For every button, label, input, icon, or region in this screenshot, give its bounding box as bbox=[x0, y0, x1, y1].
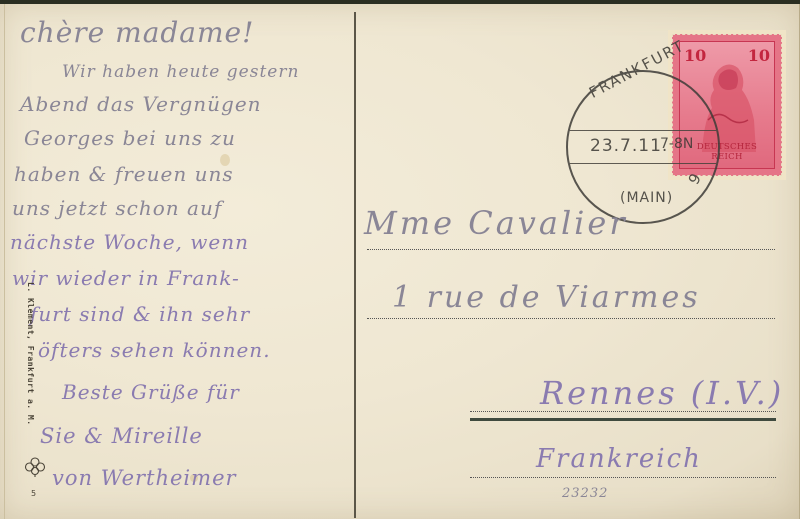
publisher-number: 5 bbox=[31, 489, 36, 498]
message-line: öfters sehen können. bbox=[38, 338, 271, 362]
message-line: Georges bei uns zu bbox=[24, 126, 236, 150]
publisher-imprint: L. Klement, Frankfurt a. M. bbox=[26, 282, 35, 426]
signature: von Wertheimer bbox=[52, 466, 237, 490]
address-line-1: Mme Cavalier bbox=[364, 204, 628, 242]
address-rule-solid bbox=[470, 418, 776, 421]
message-line: nächste Woche, wenn bbox=[10, 230, 249, 254]
postmark-time: 7-8N bbox=[660, 136, 693, 152]
message-line: uns jetzt schon auf bbox=[12, 196, 222, 220]
postcard: chère madame! Wir haben heute gestern Ab… bbox=[0, 4, 800, 519]
address-rule bbox=[470, 411, 776, 412]
postmark-office: 9 bbox=[685, 170, 705, 187]
message-line: haben & freuen uns bbox=[14, 162, 234, 186]
greeting: chère madame! bbox=[20, 16, 254, 49]
message-line: furt sind & ihn sehr bbox=[30, 302, 250, 326]
clover-logo-icon bbox=[24, 457, 46, 477]
address-rule bbox=[470, 477, 776, 478]
address-line-2: 1 rue de Viarmes bbox=[392, 280, 701, 315]
postmark-date: 23.7.11. bbox=[590, 136, 668, 156]
postmark: FRANKFURT 23.7.11. 7-8N (MAIN) 9 bbox=[566, 70, 720, 224]
message-line: Abend das Vergnügen bbox=[20, 92, 262, 116]
address-line-3: Rennes (I.V.) bbox=[540, 374, 784, 412]
message-line: Wir haben heute gestern bbox=[62, 62, 299, 82]
message-line: Sie & Mireille bbox=[40, 424, 203, 448]
address-rule bbox=[367, 318, 775, 319]
center-divider bbox=[354, 12, 356, 518]
message-line: wir wieder in Frank- bbox=[12, 266, 240, 290]
message-line: Beste Grüße für bbox=[62, 380, 240, 404]
address-rule bbox=[367, 249, 775, 250]
address-line-4: Frankreich bbox=[536, 444, 702, 474]
pencil-note: 23232 bbox=[562, 486, 608, 501]
